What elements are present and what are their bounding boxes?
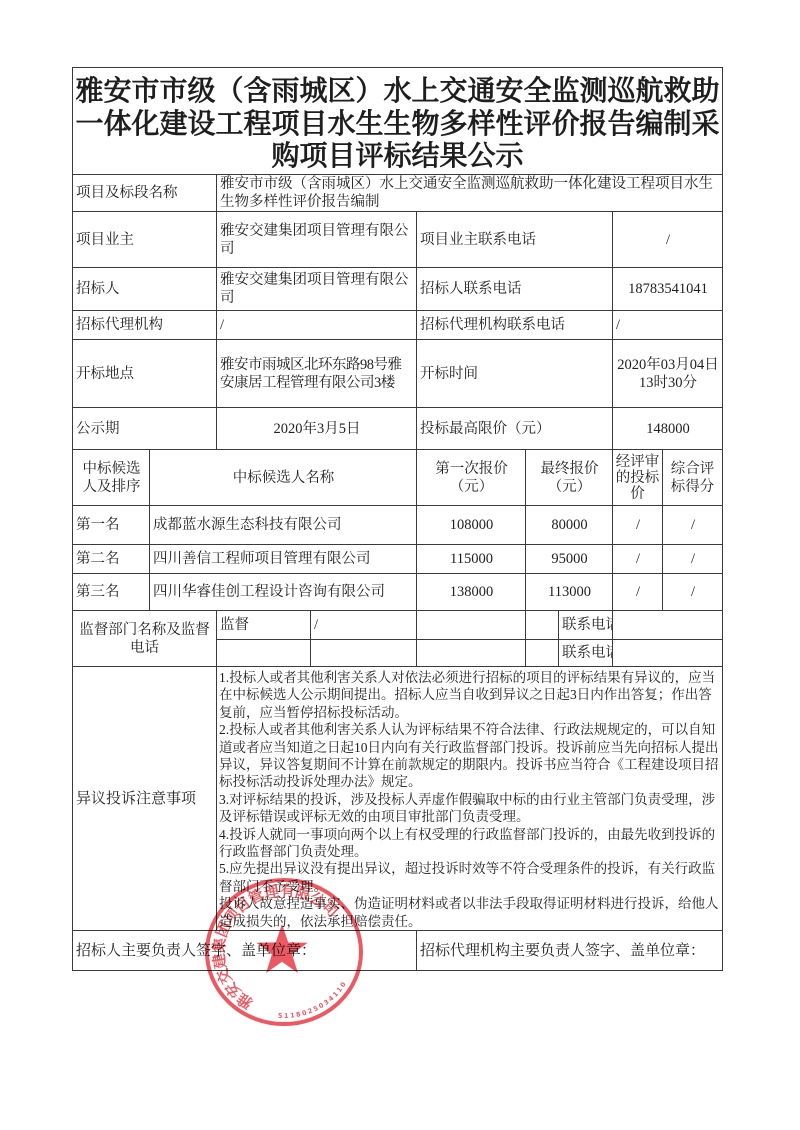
project-name-label: 项目及标段名称 <box>73 175 217 212</box>
supervision-dept-value <box>311 640 417 667</box>
rank-header: 中标候选人及排序 <box>73 450 150 506</box>
location-label: 开标地点 <box>73 340 217 408</box>
objection-label: 异议投诉注意事项 <box>73 667 217 931</box>
agency-phone-value: / <box>613 311 723 340</box>
candidate-name: 四川华睿佳创工程设计咨询有限公司 <box>150 574 417 611</box>
supervision-dept-label <box>217 640 311 667</box>
owner-phone-label: 项目业主联系电话 <box>417 212 613 268</box>
candidate-score: / <box>663 545 723 574</box>
objection-note: 2.投标人或者其他利害关系人认为评标结果不符合法律、行政法规规定的，可以自知道或… <box>219 721 721 791</box>
objection-notes: 1.投标人或者其他利害关系人对依法必须进行招标的项目的评标结果有异议的，应当在中… <box>217 667 723 931</box>
supervision-phone-label: 联系电话 <box>559 611 613 640</box>
open-time-date: 2020年03月04日 <box>616 356 720 374</box>
first-quote-header-text: 第一次报价 <box>420 460 523 478</box>
owner-phone-value: / <box>613 212 723 268</box>
tenderer-phone-label: 招标人联系电话 <box>417 268 613 311</box>
project-name-row: 项目及标段名称 雅安市市级（含雨城区）水上交通安全监测巡航救助一体化建设工程项目… <box>73 175 723 212</box>
candidate-evaluated-price: / <box>613 506 663 545</box>
publicity-value: 2020年3月5日 <box>217 408 417 450</box>
candidates-header-row: 中标候选人及排序 中标候选人名称 第一次报价 （元） 最终报价 （元） 经评审的… <box>73 450 723 506</box>
page-title: 雅安市市级（含雨城区）水上交通安全监测巡航救助一体化建设工程项目水生生物多样性评… <box>73 68 723 175</box>
owner-row: 项目业主 雅安交建集团项目管理有限公司 项目业主联系电话 / <box>73 212 723 268</box>
objection-note: 投诉人故意捏造事实、伪造证明材料或者以非法手段取得证明材料进行投诉，给他人造成损… <box>219 895 721 930</box>
supervision-phone-label: 联系电话 <box>559 640 613 667</box>
candidate-first-quote: 108000 <box>417 506 526 545</box>
agency-signature-field: 招标代理机构主要负责人签字、盖单位章： <box>417 931 723 971</box>
candidate-evaluated-price: / <box>613 574 663 611</box>
supervision-row: 监督部门名称及监督电话 监督 / 联系电话 <box>73 611 723 640</box>
signature-row: 招标人主要负责人签字、盖单位章： 招标代理机构主要负责人签字、盖单位章： <box>73 931 723 971</box>
score-header: 综合评标得分 <box>663 450 723 506</box>
candidate-final-quote: 95000 <box>526 545 613 574</box>
max-price-label: 投标最高限价（元） <box>417 408 613 450</box>
supervision-phone-value <box>613 611 723 640</box>
supervision-dept-label: 监督 <box>217 611 311 640</box>
agency-phone-label: 招标代理机构联系电话 <box>417 311 613 340</box>
open-time-value: 2020年03月04日 13时30分 <box>613 340 723 408</box>
agency-label: 招标代理机构 <box>73 311 217 340</box>
objection-row: 异议投诉注意事项 1.投标人或者其他利害关系人对依法必须进行招标的项目的评标结果… <box>73 667 723 931</box>
candidate-final-quote: 113000 <box>526 574 613 611</box>
owner-value: 雅安交建集团项目管理有限公司 <box>217 212 417 268</box>
candidate-rank: 第二名 <box>73 545 150 574</box>
tenderer-label: 招标人 <box>73 268 217 311</box>
project-name-value: 雅安市市级（含雨城区）水上交通安全监测巡航救助一体化建设工程项目水生生物多样性评… <box>217 175 723 212</box>
publicity-label: 公示期 <box>73 408 217 450</box>
seal-code: 5118025034110 <box>278 980 348 1020</box>
tenderer-signature-field: 招标人主要负责人签字、盖单位章： <box>73 931 417 971</box>
candidate-rank: 第三名 <box>73 574 150 611</box>
supervision-dept-value: / <box>311 611 417 640</box>
candidate-first-quote: 138000 <box>417 574 526 611</box>
seal-code-path: 5118025034110 <box>278 980 348 1020</box>
agency-value: / <box>217 311 417 340</box>
first-quote-header: 第一次报价 （元） <box>417 450 526 506</box>
candidate-evaluated-price: / <box>613 545 663 574</box>
candidate-score: / <box>663 506 723 545</box>
supervision-label: 监督部门名称及监督电话 <box>73 611 217 667</box>
supervision-blank <box>526 611 559 640</box>
objection-note: 3.对评标结果的投诉，涉及投标人弄虚作假骗取中标的由行业主管部门负责受理，涉及评… <box>219 791 721 826</box>
location-value: 雅安市雨城区北环东路98号雅安康居工程管理有限公司3楼 <box>217 340 417 408</box>
supervision-blank <box>417 611 526 640</box>
candidate-name-header: 中标候选人名称 <box>150 450 417 506</box>
location-row: 开标地点 雅安市雨城区北环东路98号雅安康居工程管理有限公司3楼 开标时间 20… <box>73 340 723 408</box>
candidate-final-quote: 80000 <box>526 506 613 545</box>
candidate-row: 第一名 成都蓝水源生态科技有限公司 108000 80000 / / <box>73 506 723 545</box>
objection-note: 5.应先提出异议没有提出异议，超过投诉时效等不符合受理条件的投诉，有关行政监督部… <box>219 860 721 895</box>
supervision-blank <box>526 640 559 667</box>
candidate-first-quote: 115000 <box>417 545 526 574</box>
max-price-value: 148000 <box>613 408 723 450</box>
publicity-row: 公示期 2020年3月5日 投标最高限价（元） 148000 <box>73 408 723 450</box>
tenderer-value: 雅安交建集团项目管理有限公司 <box>217 268 417 311</box>
first-quote-header-unit: （元） <box>420 478 523 496</box>
agency-row: 招标代理机构 / 招标代理机构联系电话 / <box>73 311 723 340</box>
open-time-clock: 13时30分 <box>616 374 720 392</box>
candidate-name: 成都蓝水源生态科技有限公司 <box>150 506 417 545</box>
final-quote-header-unit: （元） <box>529 478 610 496</box>
candidate-row: 第二名 四川善信工程师项目管理有限公司 115000 95000 / / <box>73 545 723 574</box>
supervision-phone-value <box>613 640 723 667</box>
objection-note: 1.投标人或者其他利害关系人对依法必须进行招标的项目的评标结果有异议的，应当在中… <box>219 669 721 721</box>
final-quote-header: 最终报价 （元） <box>526 450 613 506</box>
result-announcement-table: 雅安市市级（含雨城区）水上交通安全监测巡航救助一体化建设工程项目水生生物多样性评… <box>72 67 723 971</box>
final-quote-header-text: 最终报价 <box>529 460 610 478</box>
candidate-score: / <box>663 574 723 611</box>
tenderer-row: 招标人 雅安交建集团项目管理有限公司 招标人联系电话 18783541041 <box>73 268 723 311</box>
candidate-row: 第三名 四川华睿佳创工程设计咨询有限公司 138000 113000 / / <box>73 574 723 611</box>
tenderer-phone-value: 18783541041 <box>613 268 723 311</box>
title-row: 雅安市市级（含雨城区）水上交通安全监测巡航救助一体化建设工程项目水生生物多样性评… <box>73 68 723 175</box>
evaluated-price-header: 经评审的投标价 <box>613 450 663 506</box>
candidate-rank: 第一名 <box>73 506 150 545</box>
objection-note: 4.投诉人就同一事项向两个以上有权受理的行政监督部门投诉的，由最先收到投诉的行政… <box>219 826 721 861</box>
open-time-label: 开标时间 <box>417 340 613 408</box>
supervision-blank <box>417 640 526 667</box>
candidate-name: 四川善信工程师项目管理有限公司 <box>150 545 417 574</box>
owner-label: 项目业主 <box>73 212 217 268</box>
